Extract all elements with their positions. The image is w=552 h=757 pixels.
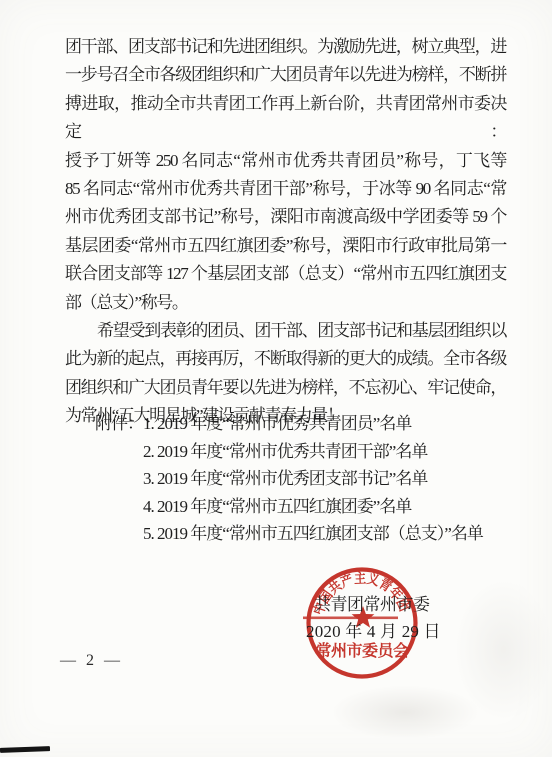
attachment-items: 1. 2019 年度“常州市优秀共青团员”名单 2. 2019 年度“常州市优秀…	[143, 410, 483, 548]
body-line: 部（总支）”称号。	[65, 289, 506, 317]
attachment-item: 1. 2019 年度“常州市优秀共青团员”名单	[143, 410, 483, 438]
scan-smudge	[455, 580, 552, 720]
body-line: 85 名同志“常州市优秀共青团干部”称号，于冰等 90 名同志“常	[65, 175, 506, 203]
body-line: 团组织和广大团员青年要以先进为榜样，不忘初心、牢记使命，	[65, 374, 506, 402]
scanned-document-page: 团干部、团支部书记和先进团组织。为激励先进，树立典型，进 一步号召全市各级团组织…	[0, 0, 552, 757]
seal-inner-text: 常州市委员会	[315, 641, 409, 660]
issuing-organization: 共青团常州市委	[314, 590, 430, 615]
issue-date: 2020 年 4 月 29 日	[306, 617, 441, 642]
attachment-item: 5. 2019 年度“常州市五四红旗团支部（总支）”名单	[143, 520, 483, 548]
body-line: 搏进取，推动全市共青团工作再上新台阶，共青团常州市委决定：	[65, 90, 506, 147]
body-line: 一步号召全市各级团组织和广大团员青年以先进为榜样，不断拼	[65, 61, 506, 89]
page-number: — 2 —	[60, 652, 123, 670]
body-line: 联合团支部等 127 个基层团支部（总支）“常州市五四红旗团支	[65, 260, 506, 288]
body-line: 基层团委“常州市五四红旗团委”称号，溧阳市行政审批局第一	[65, 232, 506, 260]
attachment-item: 3. 2019 年度“常州市优秀团支部书记”名单	[143, 465, 483, 493]
body-line: 团干部、团支部书记和先进团组织。为激励先进，树立典型，进	[65, 33, 506, 61]
scan-corner-mark	[0, 746, 50, 753]
attachment-list: 附件： 1. 2019 年度“常州市优秀共青团员”名单 2. 2019 年度“常…	[95, 410, 483, 548]
attachment-label: 附件：	[95, 410, 143, 548]
body-line: 授予丁妍等 250 名同志“常州市优秀共青团员”称号，丁飞等	[65, 147, 506, 175]
body-line: 州市优秀团支部书记”称号，溧阳市南渡高级中学团委等 59 个	[65, 203, 506, 231]
document-body: 团干部、团支部书记和先进团组织。为激励先进，树立典型，进 一步号召全市各级团组织…	[65, 33, 506, 431]
body-line: 此为新的起点，再接再厉，不断取得新的更大的成绩。全市各级	[65, 345, 506, 373]
attachment-item: 2. 2019 年度“常州市优秀共青团干部”名单	[143, 438, 483, 466]
body-line: 希望受到表彰的团员、团干部、团支部书记和基层团组织以	[65, 317, 506, 345]
scan-smudge	[330, 685, 480, 740]
attachment-item: 4. 2019 年度“常州市五四红旗团委”名单	[143, 493, 483, 521]
